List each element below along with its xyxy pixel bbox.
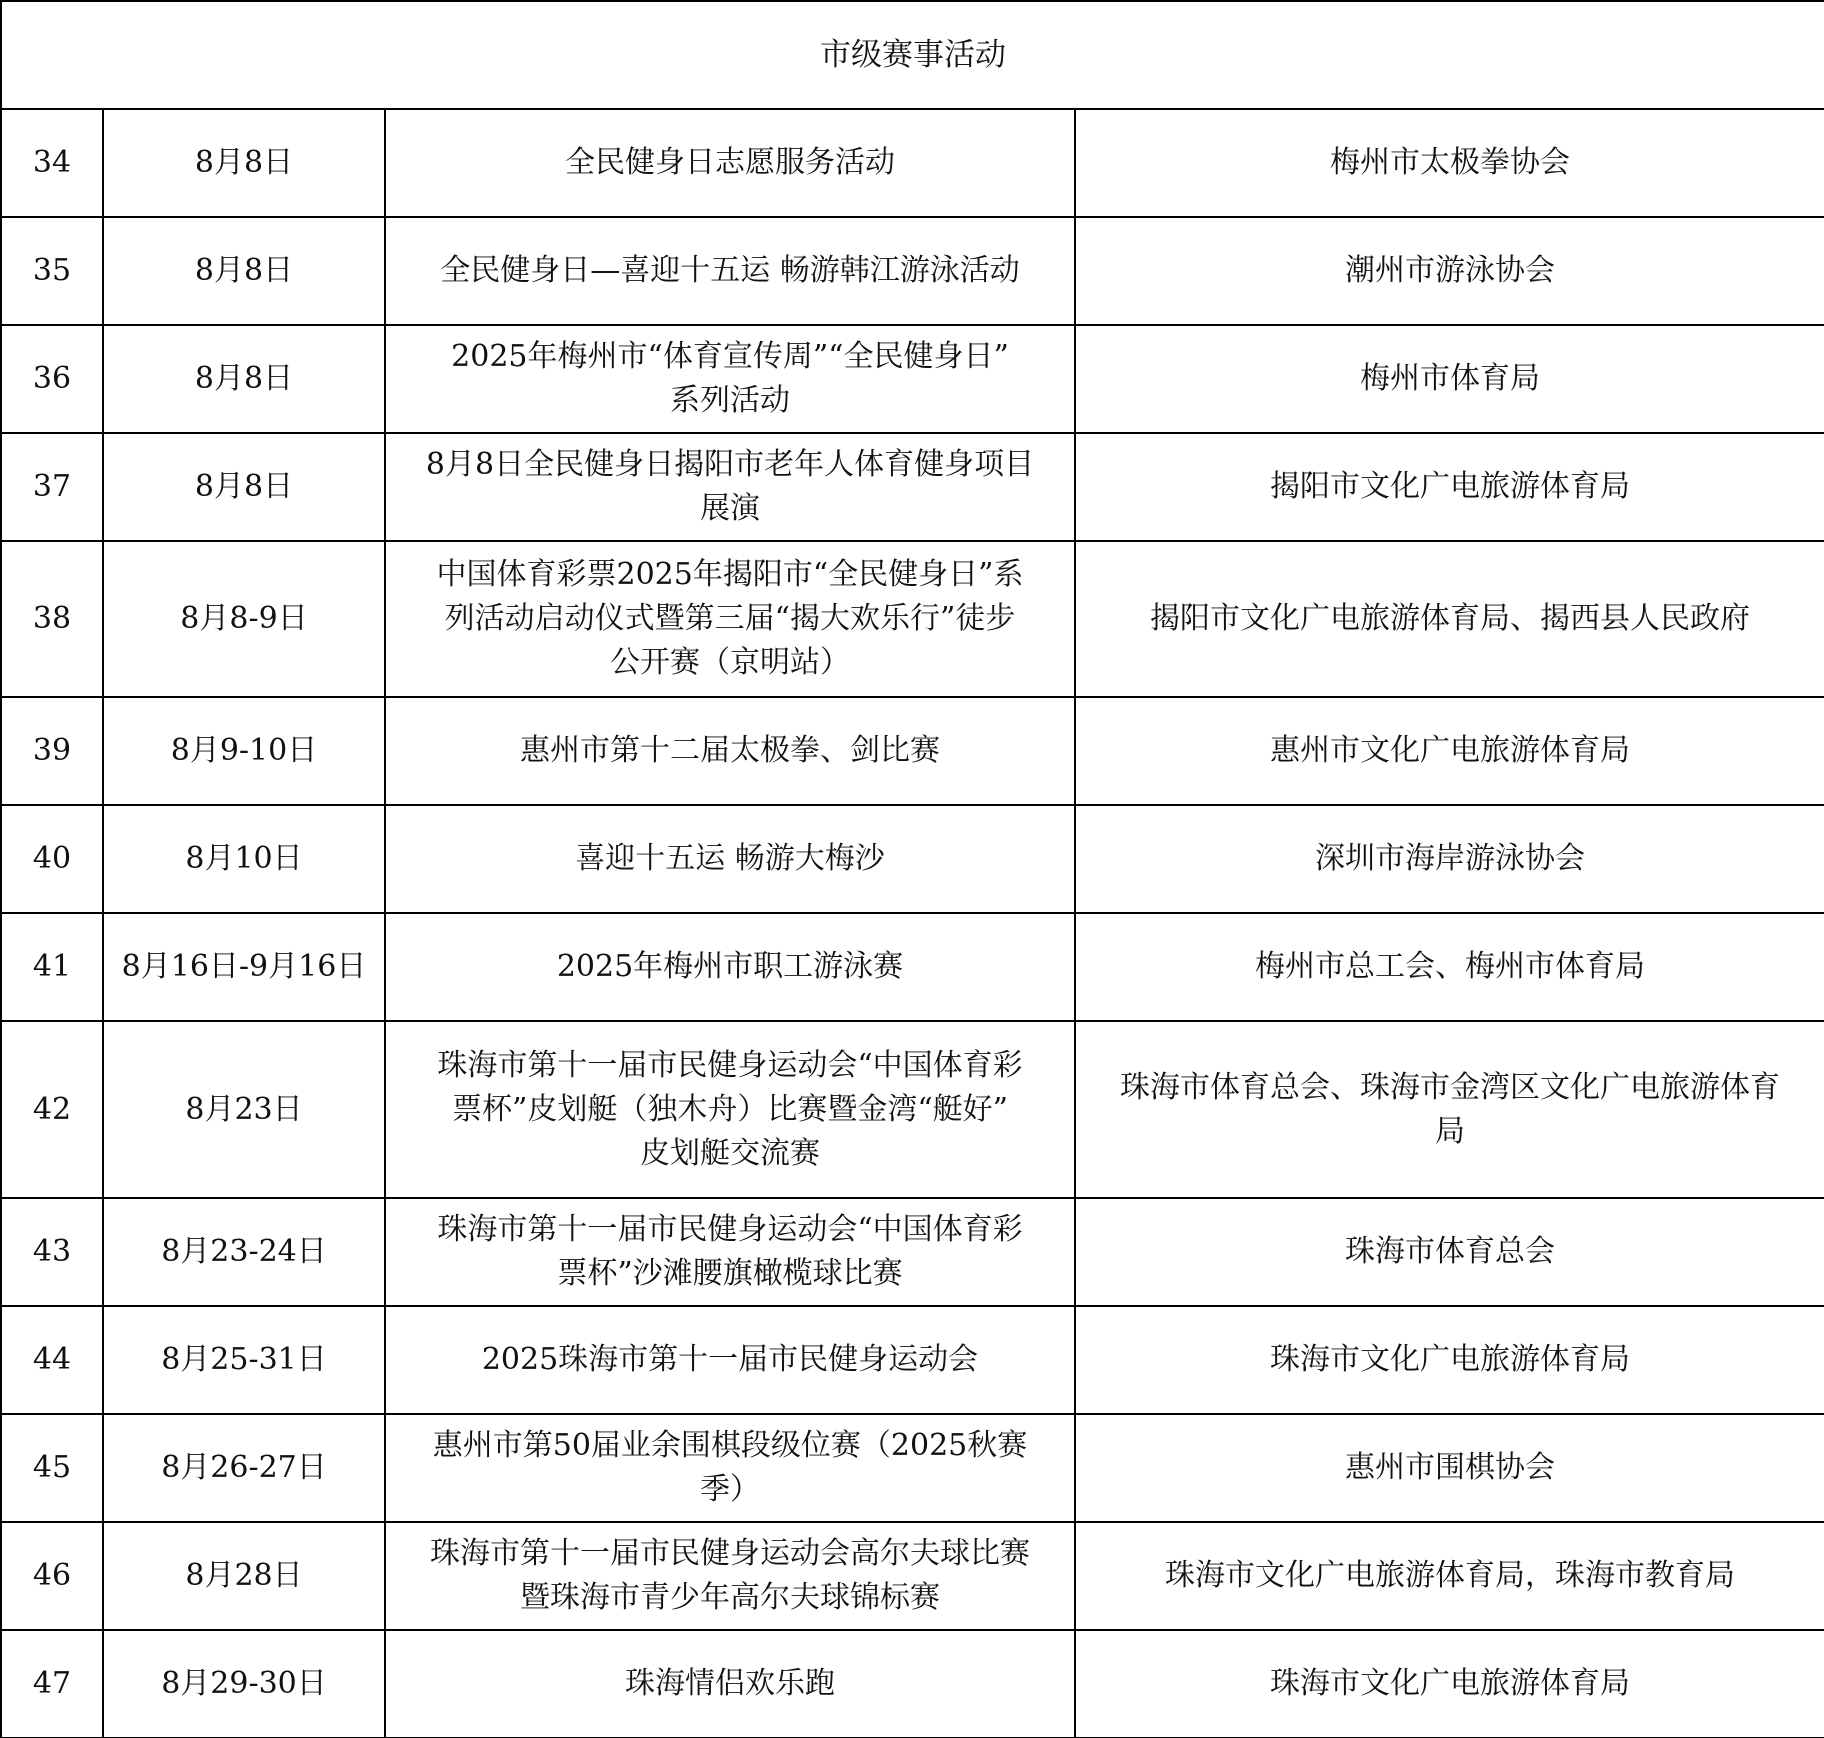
row-event-name: 2025珠海市第十一届市民健身运动会 <box>385 1306 1075 1414</box>
row-number: 40 <box>1 805 103 913</box>
row-number: 37 <box>1 433 103 541</box>
row-organizer: 潮州市游泳协会 <box>1075 217 1824 325</box>
organizer-line: 惠州市围棋协会 <box>1086 1446 1814 1490</box>
organizer-line: 梅州市体育局 <box>1086 357 1814 401</box>
row-number: 34 <box>1 109 103 217</box>
event-name-line: 票杯”沙滩腰旗橄榄球比赛 <box>396 1252 1064 1296</box>
row-date: 8月8日 <box>103 109 385 217</box>
organizer-line: 惠州市文化广电旅游体育局 <box>1086 729 1814 773</box>
row-organizer: 梅州市体育局 <box>1075 325 1824 433</box>
row-number: 42 <box>1 1021 103 1198</box>
table-row: 40 8月10日 喜迎十五运 畅游大梅沙 深圳市海岸游泳协会 <box>1 805 1824 913</box>
organizer-line: 珠海市文化广电旅游体育局，珠海市教育局 <box>1086 1554 1814 1598</box>
row-date: 8月28日 <box>103 1522 385 1630</box>
event-name-line: 8月8日全民健身日揭阳市老年人体育健身项目 <box>396 443 1064 487</box>
row-event-name: 珠海市第十一届市民健身运动会高尔夫球比赛暨珠海市青少年高尔夫球锦标赛 <box>385 1522 1075 1630</box>
row-date: 8月10日 <box>103 805 385 913</box>
row-number: 45 <box>1 1414 103 1522</box>
organizer-line: 揭阳市文化广电旅游体育局、揭西县人民政府 <box>1086 597 1814 641</box>
event-name-line: 惠州市第十二届太极拳、剑比赛 <box>396 729 1064 773</box>
row-date: 8月25-31日 <box>103 1306 385 1414</box>
table-row: 37 8月8日 8月8日全民健身日揭阳市老年人体育健身项目展演 揭阳市文化广电旅… <box>1 433 1824 541</box>
event-name-line: 珠海市第十一届市民健身运动会高尔夫球比赛 <box>396 1532 1064 1576</box>
row-organizer: 珠海市体育总会 <box>1075 1198 1824 1306</box>
row-event-name: 珠海市第十一届市民健身运动会“中国体育彩票杯”皮划艇（独木舟）比赛暨金湾“艇好”… <box>385 1021 1075 1198</box>
row-event-name: 中国体育彩票2025年揭阳市“全民健身日”系列活动启动仪式暨第三届“揭大欢乐行”… <box>385 541 1075 697</box>
row-number: 46 <box>1 1522 103 1630</box>
row-event-name: 珠海情侣欢乐跑 <box>385 1630 1075 1738</box>
organizer-line: 珠海市文化广电旅游体育局 <box>1086 1338 1814 1382</box>
event-name-line: 珠海市第十一届市民健身运动会“中国体育彩 <box>396 1208 1064 1252</box>
organizer-line: 深圳市海岸游泳协会 <box>1086 837 1814 881</box>
event-name-line: 系列活动 <box>396 379 1064 423</box>
section-title: 市级赛事活动 <box>1 1 1824 109</box>
row-number: 36 <box>1 325 103 433</box>
row-date: 8月16日-9月16日 <box>103 913 385 1021</box>
table-row: 36 8月8日 2025年梅州市“体育宣传周”“全民健身日”系列活动 梅州市体育… <box>1 325 1824 433</box>
row-event-name: 珠海市第十一届市民健身运动会“中国体育彩票杯”沙滩腰旗橄榄球比赛 <box>385 1198 1075 1306</box>
row-organizer: 珠海市文化广电旅游体育局，珠海市教育局 <box>1075 1522 1824 1630</box>
organizer-line: 揭阳市文化广电旅游体育局 <box>1086 465 1814 509</box>
row-number: 39 <box>1 697 103 805</box>
event-name-line: 票杯”皮划艇（独木舟）比赛暨金湾“艇好” <box>396 1088 1064 1132</box>
row-event-name: 8月8日全民健身日揭阳市老年人体育健身项目展演 <box>385 433 1075 541</box>
event-name-line: 喜迎十五运 畅游大梅沙 <box>396 837 1064 881</box>
row-date: 8月29-30日 <box>103 1630 385 1738</box>
event-name-line: 全民健身日志愿服务活动 <box>396 141 1064 185</box>
row-organizer: 珠海市文化广电旅游体育局 <box>1075 1306 1824 1414</box>
row-date: 8月8日 <box>103 433 385 541</box>
row-organizer: 梅州市太极拳协会 <box>1075 109 1824 217</box>
row-organizer: 珠海市体育总会、珠海市金湾区文化广电旅游体育局 <box>1075 1021 1824 1198</box>
row-number: 43 <box>1 1198 103 1306</box>
event-name-line: 中国体育彩票2025年揭阳市“全民健身日”系 <box>396 553 1064 597</box>
organizer-line: 局 <box>1086 1110 1814 1154</box>
row-number: 44 <box>1 1306 103 1414</box>
event-name-line: 惠州市第50届业余围棋段级位赛（2025秋赛 <box>396 1424 1064 1468</box>
row-date: 8月23日 <box>103 1021 385 1198</box>
events-table: 市级赛事活动 34 8月8日 全民健身日志愿服务活动 梅州市太极拳协会 35 8… <box>0 0 1824 1738</box>
row-number: 35 <box>1 217 103 325</box>
event-name-line: 展演 <box>396 487 1064 531</box>
row-date: 8月8-9日 <box>103 541 385 697</box>
organizer-line: 珠海市体育总会 <box>1086 1230 1814 1274</box>
row-event-name: 惠州市第十二届太极拳、剑比赛 <box>385 697 1075 805</box>
event-name-line: 2025年梅州市“体育宣传周”“全民健身日” <box>396 335 1064 379</box>
row-event-name: 2025年梅州市“体育宣传周”“全民健身日”系列活动 <box>385 325 1075 433</box>
events-table-body: 市级赛事活动 34 8月8日 全民健身日志愿服务活动 梅州市太极拳协会 35 8… <box>1 1 1824 1738</box>
organizer-line: 潮州市游泳协会 <box>1086 249 1814 293</box>
row-organizer: 揭阳市文化广电旅游体育局 <box>1075 433 1824 541</box>
event-name-line: 2025珠海市第十一届市民健身运动会 <box>396 1338 1064 1382</box>
event-name-line: 列活动启动仪式暨第三届“揭大欢乐行”徒步 <box>396 597 1064 641</box>
event-name-line: 珠海情侣欢乐跑 <box>396 1662 1064 1706</box>
row-date: 8月23-24日 <box>103 1198 385 1306</box>
row-event-name: 2025年梅州市职工游泳赛 <box>385 913 1075 1021</box>
table-row: 42 8月23日 珠海市第十一届市民健身运动会“中国体育彩票杯”皮划艇（独木舟）… <box>1 1021 1824 1198</box>
event-name-line: 公开赛（京明站） <box>396 641 1064 685</box>
event-name-line: 季） <box>396 1468 1064 1512</box>
table-row: 39 8月9-10日 惠州市第十二届太极拳、剑比赛 惠州市文化广电旅游体育局 <box>1 697 1824 805</box>
row-organizer: 珠海市文化广电旅游体育局 <box>1075 1630 1824 1738</box>
section-title-row: 市级赛事活动 <box>1 1 1824 109</box>
row-event-name: 喜迎十五运 畅游大梅沙 <box>385 805 1075 913</box>
table-row: 34 8月8日 全民健身日志愿服务活动 梅州市太极拳协会 <box>1 109 1824 217</box>
table-row: 35 8月8日 全民健身日—喜迎十五运 畅游韩江游泳活动 潮州市游泳协会 <box>1 217 1824 325</box>
event-name-line: 暨珠海市青少年高尔夫球锦标赛 <box>396 1576 1064 1620</box>
table-row: 43 8月23-24日 珠海市第十一届市民健身运动会“中国体育彩票杯”沙滩腰旗橄… <box>1 1198 1824 1306</box>
organizer-line: 珠海市体育总会、珠海市金湾区文化广电旅游体育 <box>1086 1066 1814 1110</box>
organizer-line: 梅州市太极拳协会 <box>1086 141 1814 185</box>
row-number: 38 <box>1 541 103 697</box>
row-organizer: 梅州市总工会、梅州市体育局 <box>1075 913 1824 1021</box>
row-event-name: 惠州市第50届业余围棋段级位赛（2025秋赛季） <box>385 1414 1075 1522</box>
table-row: 38 8月8-9日 中国体育彩票2025年揭阳市“全民健身日”系列活动启动仪式暨… <box>1 541 1824 697</box>
row-number: 47 <box>1 1630 103 1738</box>
row-date: 8月8日 <box>103 325 385 433</box>
event-name-line: 2025年梅州市职工游泳赛 <box>396 945 1064 989</box>
event-name-line: 珠海市第十一届市民健身运动会“中国体育彩 <box>396 1044 1064 1088</box>
row-date: 8月8日 <box>103 217 385 325</box>
table-row: 45 8月26-27日 惠州市第50届业余围棋段级位赛（2025秋赛季） 惠州市… <box>1 1414 1824 1522</box>
table-row: 41 8月16日-9月16日 2025年梅州市职工游泳赛 梅州市总工会、梅州市体… <box>1 913 1824 1021</box>
row-number: 41 <box>1 913 103 1021</box>
organizer-line: 梅州市总工会、梅州市体育局 <box>1086 945 1814 989</box>
row-event-name: 全民健身日—喜迎十五运 畅游韩江游泳活动 <box>385 217 1075 325</box>
table-row: 47 8月29-30日 珠海情侣欢乐跑 珠海市文化广电旅游体育局 <box>1 1630 1824 1738</box>
row-organizer: 惠州市围棋协会 <box>1075 1414 1824 1522</box>
organizer-line: 珠海市文化广电旅游体育局 <box>1086 1662 1814 1706</box>
event-name-line: 皮划艇交流赛 <box>396 1132 1064 1176</box>
table-row: 46 8月28日 珠海市第十一届市民健身运动会高尔夫球比赛暨珠海市青少年高尔夫球… <box>1 1522 1824 1630</box>
row-date: 8月26-27日 <box>103 1414 385 1522</box>
event-name-line: 全民健身日—喜迎十五运 畅游韩江游泳活动 <box>396 249 1064 293</box>
row-date: 8月9-10日 <box>103 697 385 805</box>
row-organizer: 深圳市海岸游泳协会 <box>1075 805 1824 913</box>
row-organizer: 揭阳市文化广电旅游体育局、揭西县人民政府 <box>1075 541 1824 697</box>
table-row: 44 8月25-31日 2025珠海市第十一届市民健身运动会 珠海市文化广电旅游… <box>1 1306 1824 1414</box>
row-organizer: 惠州市文化广电旅游体育局 <box>1075 697 1824 805</box>
row-event-name: 全民健身日志愿服务活动 <box>385 109 1075 217</box>
